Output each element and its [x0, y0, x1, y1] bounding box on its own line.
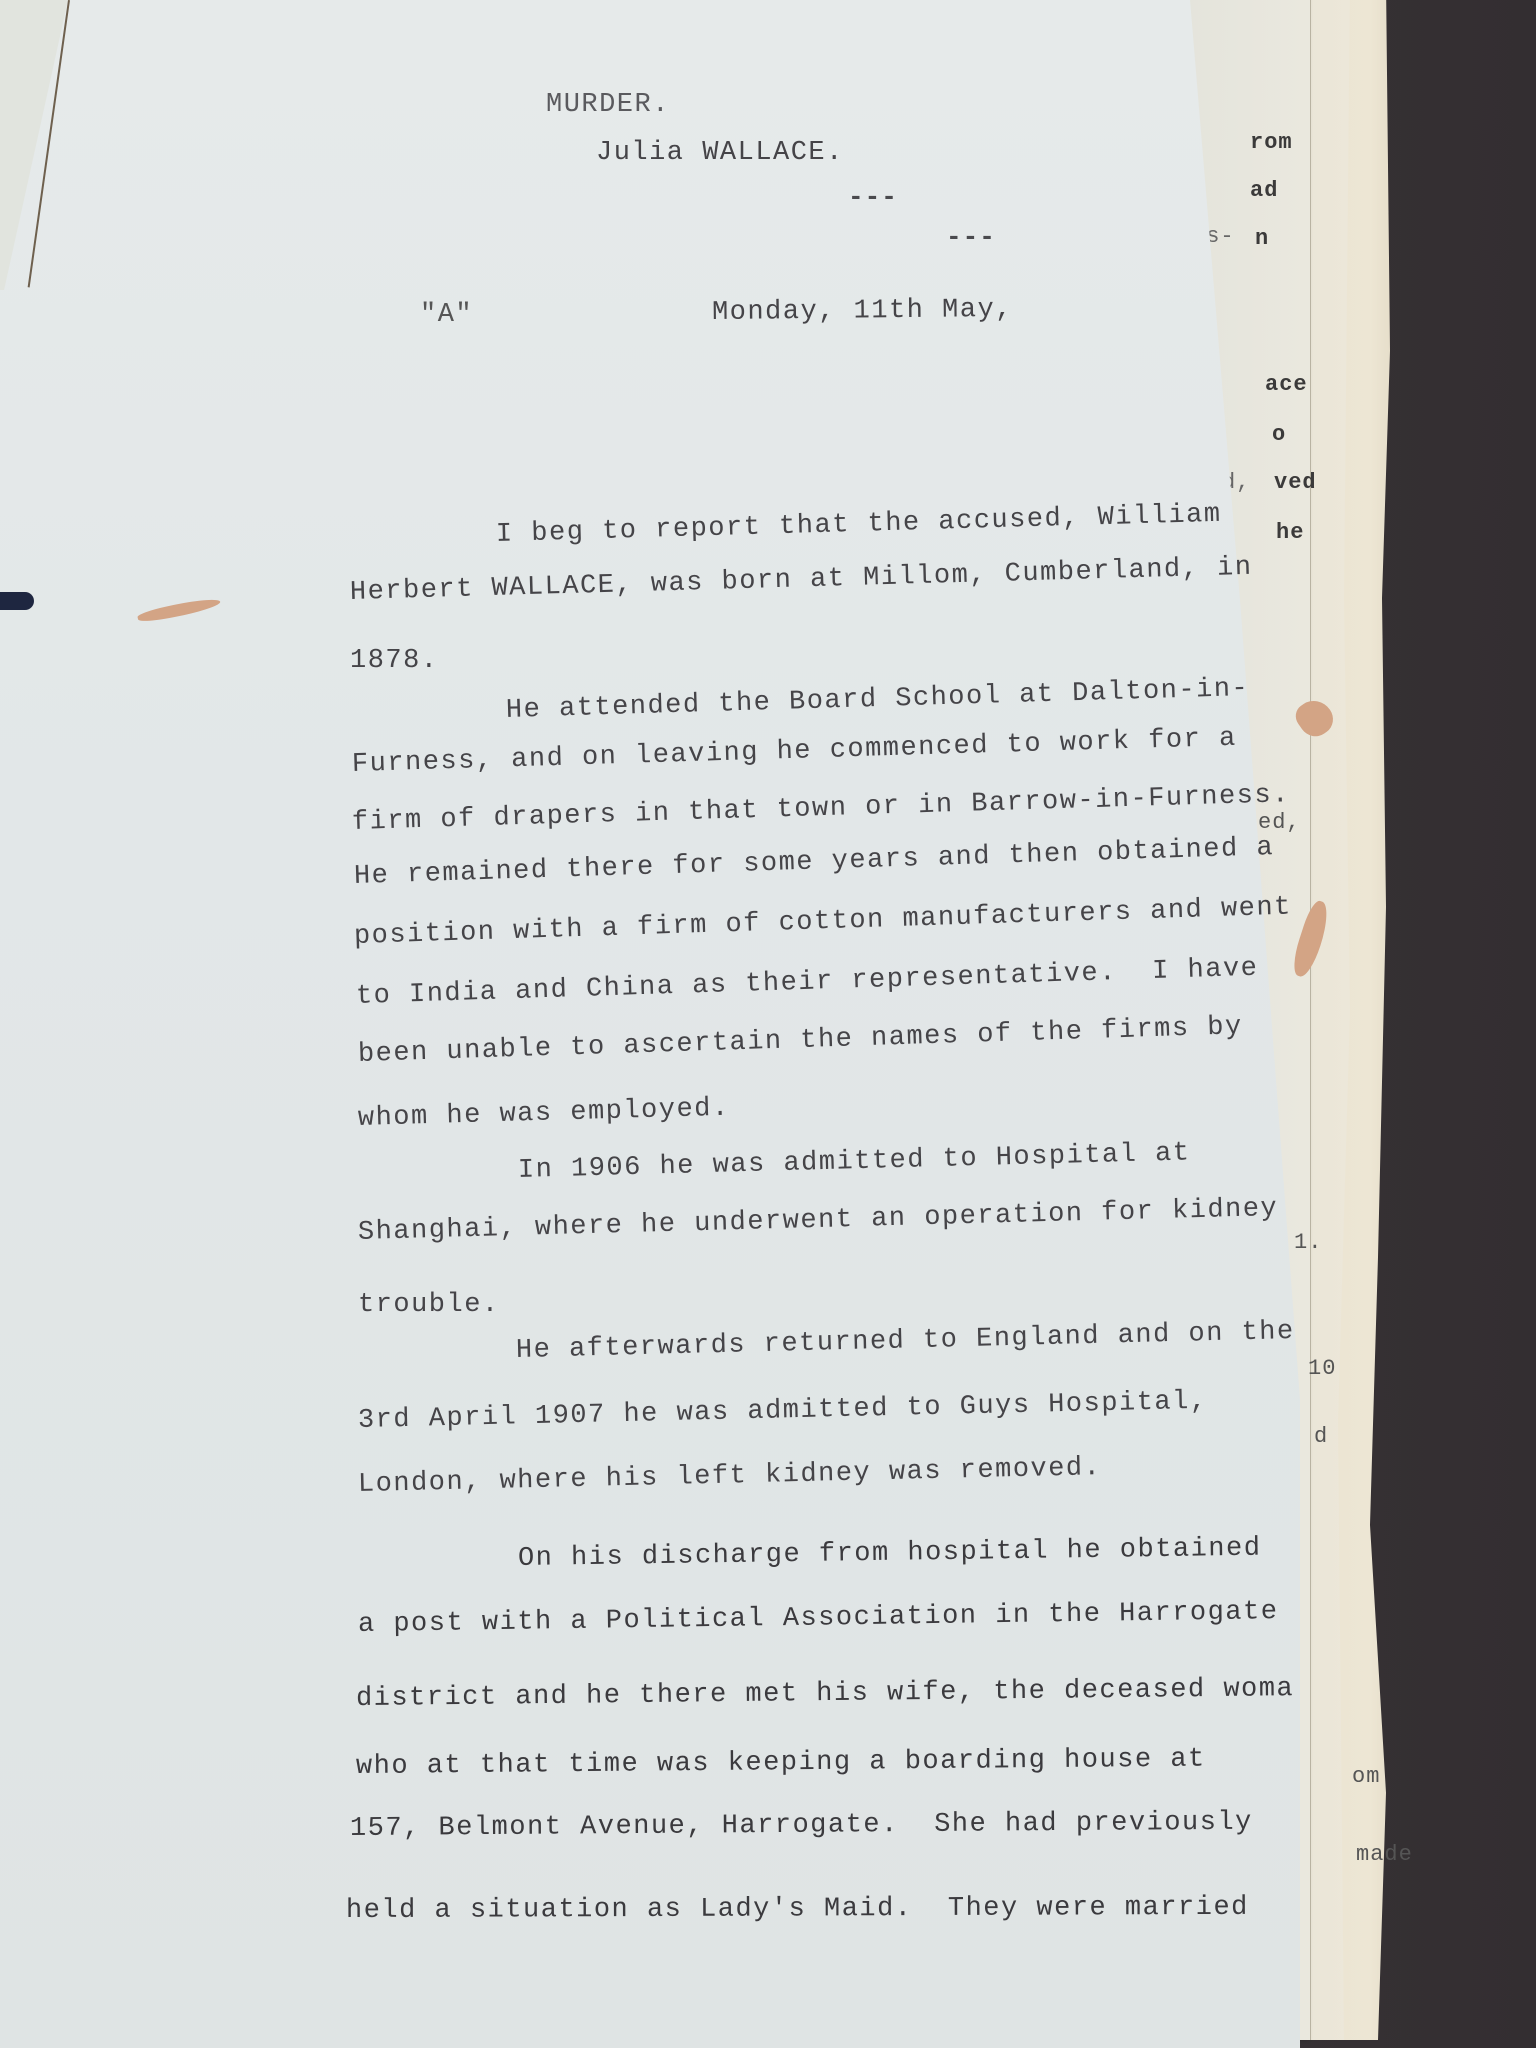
peek-fragment: d	[1314, 1424, 1328, 1449]
body-line: trouble.	[358, 1290, 500, 1320]
peek-fragment: ace	[1265, 372, 1308, 397]
peek-fragment: ad	[1250, 178, 1278, 203]
document-photo: rom ad ys- n ace o d, ved he ed, 1. 1. 1…	[0, 0, 1536, 2048]
peek-fragment: o	[1272, 422, 1286, 447]
peek-fragment: made	[1356, 1842, 1413, 1867]
binding-tag	[0, 592, 34, 610]
document-date: Monday, 11th May,	[712, 295, 1013, 328]
peek-fragment: ved	[1274, 470, 1317, 495]
separator: ---	[848, 182, 898, 212]
body-line: 157, Belmont Avenue, Harrogate. She had …	[350, 1808, 1253, 1844]
peek-fragment: ed,	[1258, 810, 1301, 835]
body-line: 1878.	[350, 646, 439, 676]
peek-fragment: om	[1352, 1764, 1380, 1789]
document-title: MURDER.	[546, 90, 670, 120]
reference-label: "A"	[420, 300, 473, 330]
peek-fragment: n	[1255, 226, 1269, 251]
peek-fragment: rom	[1250, 130, 1293, 155]
body-line: held a situation as Lady's Maid. They we…	[346, 1893, 1249, 1926]
separator: ---	[946, 222, 996, 252]
peek-fragment: 1.	[1294, 1230, 1322, 1255]
document-subtitle: Julia WALLACE.	[596, 138, 844, 168]
peek-fragment: 10	[1308, 1356, 1336, 1381]
peek-fragment: he	[1276, 520, 1304, 545]
